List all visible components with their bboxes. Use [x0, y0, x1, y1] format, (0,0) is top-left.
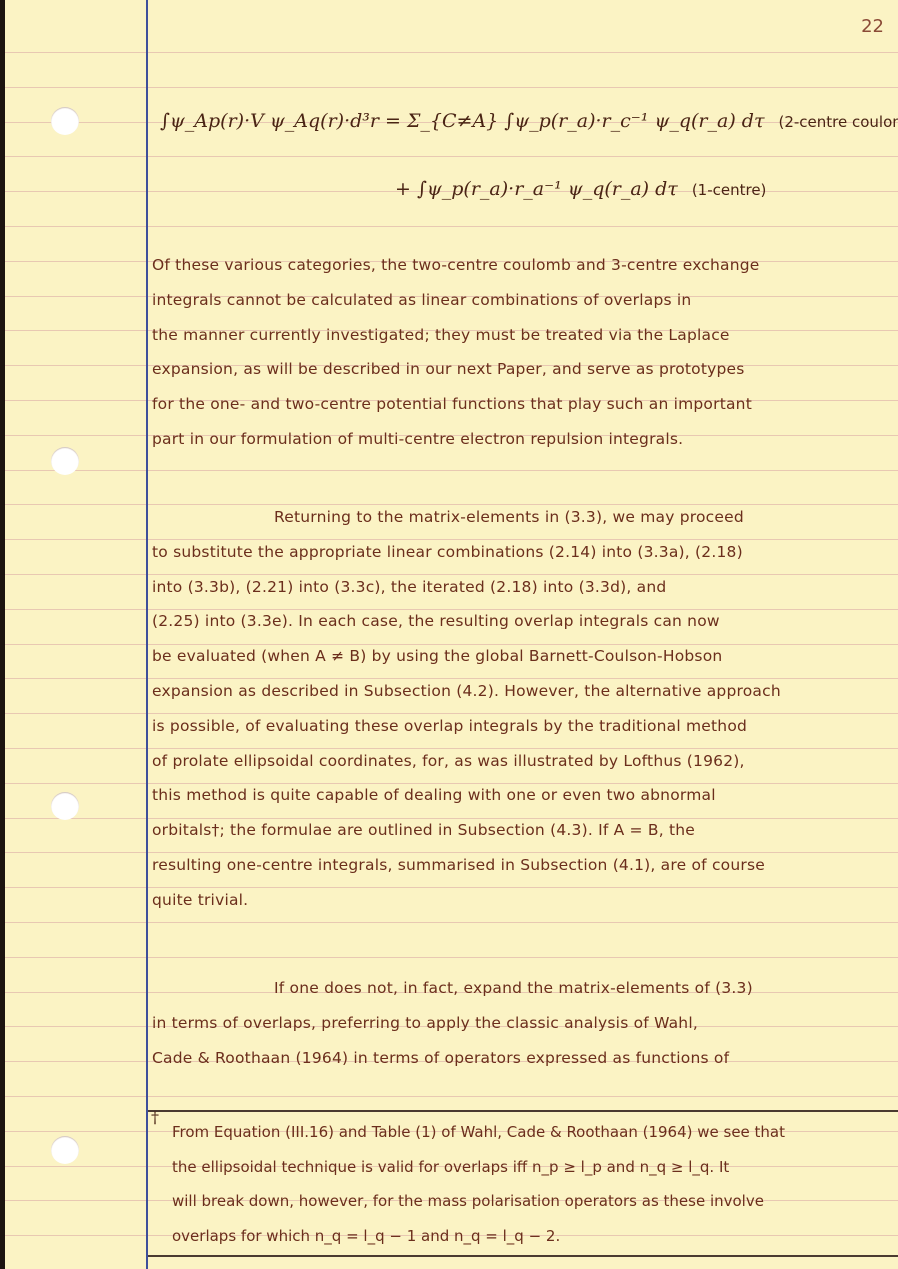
text-line: to substitute the appropriate linear com… [152, 542, 887, 562]
text-line: in terms of overlaps, preferring to appl… [152, 1013, 887, 1033]
footnote-line: From Equation (III.16) and Table (1) of … [172, 1122, 892, 1142]
margin-line [146, 0, 148, 1269]
equation-label: (2-centre coulomb) [778, 113, 898, 131]
text-line: (2.25) into (3.3e). In each case, the re… [152, 611, 887, 631]
text-line: Cade & Roothaan (1964) in terms of opera… [152, 1048, 887, 1068]
text-line: expansion, as will be described in our n… [152, 359, 887, 379]
footnote-separator [148, 1110, 898, 1112]
text-line: Of these various categories, the two-cen… [152, 255, 887, 275]
equation-label: (1-centre) [692, 181, 767, 199]
text-line: resulting one-centre integrals, summaris… [152, 855, 887, 875]
punch-hole [51, 792, 79, 820]
page-bottom-line [148, 1255, 898, 1257]
text-line: expansion as described in Subsection (4.… [152, 681, 887, 701]
text-line: be evaluated (when A ≠ B) by using the g… [152, 646, 887, 666]
text-line: If one does not, in fact, expand the mat… [152, 978, 887, 998]
equation-line-1: ∫ψ_Ap(r)·V ψ_Aq(r)·d³r = Σ_{C≠A} ∫ψ_p(r_… [160, 110, 898, 132]
footnote-marker: † [151, 1108, 159, 1127]
text-line: for the one- and two-centre potential fu… [152, 394, 887, 414]
equation-line-2: + ∫ψ_p(r_a)·r_a⁻¹ ψ_q(r_a) dτ(1-centre) [395, 178, 766, 200]
text-line: quite trivial. [152, 890, 887, 910]
text-line: orbitals†; the formulae are outlined in … [152, 820, 887, 840]
punch-hole [51, 107, 79, 135]
text-line: part in our formulation of multi-centre … [152, 429, 887, 449]
text-line: integrals cannot be calculated as linear… [152, 290, 887, 310]
text-line: Returning to the matrix-elements in (3.3… [152, 507, 887, 527]
equation-expression: + ∫ψ_p(r_a)·r_a⁻¹ ψ_q(r_a) dτ [395, 178, 678, 200]
footnote-line: the ellipsoidal technique is valid for o… [172, 1157, 892, 1177]
text-line: of prolate ellipsoidal coordinates, for,… [152, 751, 887, 771]
punch-hole [51, 447, 79, 475]
page-number: 22 [861, 16, 884, 37]
equation-expression: ∫ψ_Ap(r)·V ψ_Aq(r)·d³r = Σ_{C≠A} ∫ψ_p(r_… [160, 110, 764, 132]
text-line: this method is quite capable of dealing … [152, 785, 887, 805]
footnote-line: overlaps for which n_q = l_q − 1 and n_q… [172, 1226, 892, 1246]
text-line: the manner currently investigated; they … [152, 325, 887, 345]
text-line: is possible, of evaluating these overlap… [152, 716, 887, 736]
punch-hole [51, 1136, 79, 1164]
text-line: into (3.3b), (2.21) into (3.3c), the ite… [152, 577, 887, 597]
footnote-line: will break down, however, for the mass p… [172, 1191, 892, 1211]
